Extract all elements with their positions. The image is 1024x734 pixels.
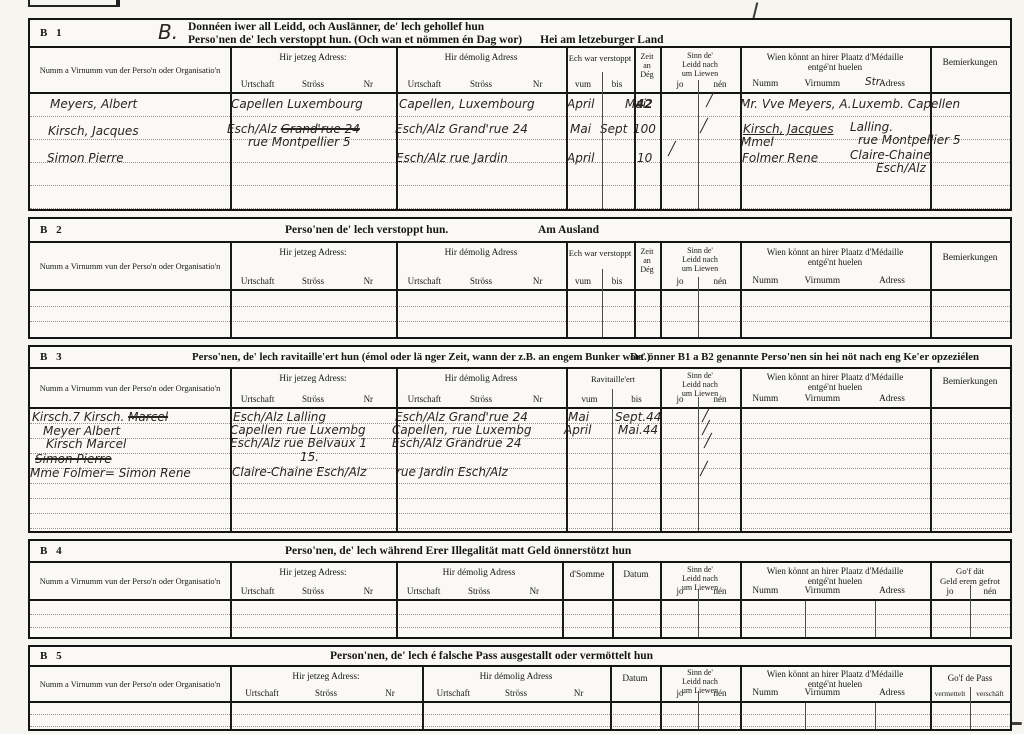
entry-medal-address: Claire-Chaine (850, 149, 931, 161)
section-b1-body: Meyers, Albert Kirsch, Jacques Simon Pie… (30, 94, 1010, 209)
rule-line (30, 703, 1010, 715)
scan-artifact-tick (116, 0, 118, 6)
column-divider (602, 72, 603, 209)
entry-former-address: rue Jardin Esch/Alz (396, 466, 508, 478)
section-b2-table: Numm a Virnumm vun der Perso'n oder Orga… (30, 243, 1010, 337)
column-divider (634, 48, 636, 209)
rule-line (30, 484, 1010, 499)
column-divider (740, 369, 742, 531)
col-current-address-header: Hir jetzeg Adress: UrtschaftStrössNr (230, 563, 396, 599)
column-divider (930, 243, 932, 337)
col-alive-header: Sinn de'Leidd nachum Liewen jonén (660, 243, 740, 289)
column-divider (566, 369, 568, 531)
col-alive-header: Sinn de'Leidd nachum Liewen jonén (660, 369, 740, 407)
section-b5-body (30, 703, 1010, 729)
section-b4-body (30, 601, 1010, 637)
entry-medal-name: Folmer Rene (742, 152, 818, 164)
entry-days: 100 (633, 123, 656, 135)
entry-current-address: Esch/Alz Grand'rue 24 (227, 123, 360, 135)
col-name-header: Numm a Virnumm vun der Perso'n oder Orga… (30, 369, 230, 407)
col-medal-recipient-header: Wien könnt an hirer Plaatz d'Médailleent… (740, 243, 930, 289)
col-remarks-header: Bemierkungen (930, 243, 1010, 289)
col-current-address-header: Hir jetzeg Adress: UrtschaftStrössNr (230, 243, 396, 289)
entry-current-address: Capellen rue Luxembg (230, 424, 366, 436)
col-days-header: ZeitanDég (634, 243, 660, 289)
col-medal-recipient-header: Wien könnt an hirer Plaatz d'Médailleent… (740, 48, 930, 92)
column-divider (970, 585, 971, 637)
section-b2-title-right: Am Ausland (538, 224, 599, 237)
column-divider (805, 703, 806, 729)
section-b5-table: Numm a Virnumm vun der Perso'n oder Orga… (30, 667, 1010, 729)
check-mark-nen: ╱ (700, 464, 708, 476)
section-b3-title2: De' önner B1 a B2 genannte Perso'nen sin… (630, 351, 979, 364)
entry-name-struck: Simon Pierre (35, 453, 112, 465)
section-b4: B 4 Perso'nen, de' lech während Erer Ill… (28, 539, 1012, 639)
column-divider (634, 243, 636, 337)
column-divider (875, 703, 876, 729)
entry-until: Sept (600, 123, 627, 135)
section-b3-body: Kirsch.7 Kirsch. Marcel Meyer Albert Kir… (30, 409, 1010, 531)
section-b1-header: Numm a Virnumm vun der Perso'n oder Orga… (30, 48, 1010, 94)
col-name-header: Numm a Virnumm vun der Perso'n oder Orga… (30, 48, 230, 92)
column-divider (740, 48, 742, 209)
section-b5-title-row: B 5 Person'nen, de' lech é falsche Pass … (30, 647, 1010, 667)
questionnaire-form: B 1 B. Donnéen iwer all Leidd, och Auslä… (28, 18, 1012, 734)
col-current-address-header: Hir jetzeg Adress: UrtschaftStrössNr (230, 667, 422, 701)
rule-line (30, 186, 1010, 209)
rule-line (30, 601, 1010, 615)
column-divider (875, 601, 876, 637)
col-hidden-period-header: Ech war verstoppt vumbis (566, 48, 634, 92)
entry-former-address: Esch/Alz Grand'rue 24 (395, 411, 528, 423)
section-b3-label: B 3 (40, 351, 65, 363)
rule-line (30, 615, 1010, 628)
check-mark-nen: ╱ (706, 95, 714, 107)
entry-from: April (567, 152, 594, 164)
entry-name: Meyer Albert (43, 425, 120, 437)
rule-line (30, 307, 1010, 322)
column-divider (698, 589, 699, 637)
column-divider (422, 667, 424, 729)
entry-medal-name-line2: Mmel (741, 136, 774, 148)
col-date-header: Datum (610, 667, 660, 701)
entry-medal-address: Luxemb. Capellen (852, 98, 960, 110)
col-name-header: Numm a Virnumm vun der Perso'n oder Orga… (30, 667, 230, 701)
col-medal-recipient-header: Wien könnt an hirer Plaatz d'Médailleent… (740, 563, 930, 599)
column-divider (698, 397, 699, 531)
column-divider (396, 243, 398, 337)
entry-former-address: Esch/Alz rue Jardin (396, 152, 508, 164)
section-b2-title: Perso'nen de' lech verstoppt hun. (285, 224, 448, 237)
section-b2-header: Numm a Virnumm vun der Perso'n oder Orga… (30, 243, 1010, 291)
column-divider (562, 563, 564, 637)
column-divider (930, 48, 932, 209)
section-b1-handwritten-letter: B. (158, 20, 178, 44)
col-supplied-period-header: Ravitaille'ert vumbis (566, 369, 660, 407)
section-b3-title-row: B 3 Perso'nen, de' lech ravitaille'ert h… (30, 347, 1010, 369)
column-divider (610, 667, 612, 729)
col-current-address-header: Hir jetzeg Adress: UrtschaftStrössNr (230, 369, 396, 407)
column-divider (740, 563, 742, 637)
handwritten-str-note: Str. (865, 76, 882, 88)
section-b1-title-line2: Perso'nen de' lech verstoppt hun. (Och w… (188, 34, 522, 47)
col-alive-header: Sinn de'Leidd nachum Liewen jonén (660, 667, 740, 701)
entry-name: Meyers, Albert (50, 98, 137, 110)
entry-medal-address-line2: rue Montpellier 5 (858, 134, 961, 146)
column-divider (698, 691, 699, 729)
col-sum-header: d'Somme (562, 563, 612, 599)
entry-former-address: Capellen, Luxembourg (399, 98, 535, 110)
col-name-header: Numm a Virnumm vun der Perso'n oder Orga… (30, 563, 230, 599)
rule-line (30, 163, 1010, 186)
entry-name: Simon Pierre (47, 152, 124, 164)
column-divider (230, 369, 232, 531)
column-divider (660, 48, 662, 209)
col-former-address-header: Hir démolig Adress UrtschaftStrössNr (396, 369, 566, 407)
entry-name: Kirsch Marcel (46, 438, 126, 450)
col-former-address-header: Hir démolig Adress UrtschaftStrössNr (396, 48, 566, 92)
section-b1-title-row: B 1 B. Donnéen iwer all Leidd, och Auslä… (30, 20, 1010, 48)
col-date-header: Datum (612, 563, 660, 599)
section-b3-header: Numm a Virnumm vun der Perso'n oder Orga… (30, 369, 1010, 409)
col-medal-recipient-header: Wien könnt an hirer Plaatz d'Médailleent… (740, 369, 930, 407)
section-b5-header: Numm a Virnumm vun der Perso'n oder Orga… (30, 667, 1010, 703)
column-divider (230, 243, 232, 337)
column-divider (930, 369, 932, 531)
section-b1-label: B 1 (40, 27, 65, 39)
entry-current-address: Claire-Chaine Esch/Alz (232, 466, 366, 478)
column-divider (698, 277, 699, 337)
col-alive-header: Sinn de'Leidd nachum Liewen jonén (660, 48, 740, 92)
column-divider (396, 369, 398, 531)
section-b1-title: Donnéen iwer all Leidd, och Auslänner, d… (188, 21, 664, 47)
col-remarks-header: Bemierkungen (930, 369, 1010, 407)
section-b2-title-row: B 2 Perso'nen de' lech verstoppt hun. Am… (30, 219, 1010, 243)
entry-until: Mai.44 (618, 424, 658, 436)
column-divider (230, 563, 232, 637)
section-b2-label: B 2 (40, 224, 65, 236)
entry-medal-address-line2: Esch/Alz (876, 162, 926, 174)
column-divider (805, 601, 806, 637)
entry-former-address: Esch/Alz Grand'rue 24 (395, 123, 528, 135)
entry-former-address: Capellen, rue Luxembg (392, 424, 531, 436)
column-divider (230, 48, 232, 209)
rule-line (30, 291, 1010, 307)
rule-line (30, 715, 1010, 727)
column-divider (930, 563, 932, 637)
check-mark-nen: ╱ (704, 436, 712, 448)
entry-medal-name: Mr. Vve Meyers, A. (740, 98, 852, 110)
check-mark-jo: ╱ (668, 144, 676, 156)
column-divider (396, 48, 398, 209)
scan-artifact-box (28, 0, 120, 7)
entry-medal-name: Kirsch, Jacques (743, 123, 834, 135)
column-divider (602, 269, 603, 337)
section-b2: B 2 Perso'nen de' lech verstoppt hun. Am… (28, 217, 1012, 339)
section-b1-table: Numm a Virnumm vun der Perso'n oder Orga… (30, 48, 1010, 209)
check-mark-nen: ╱ (700, 121, 708, 133)
entry-days: 10 (637, 152, 652, 164)
entry-name: Kirsch, Jacques (48, 125, 139, 137)
column-divider (660, 369, 662, 531)
section-b4-label: B 4 (40, 545, 65, 557)
col-current-address-header: Hir jetzeg Adress: UrtschaftStrössNr (230, 48, 396, 92)
col-former-address-header: Hir démolig Adress UrtschaftStrössNr (422, 667, 610, 701)
section-b4-table: Numm a Virnumm vun der Perso'n oder Orga… (30, 563, 1010, 637)
scanned-form-page: B 1 B. Donnéen iwer all Leidd, och Auslä… (0, 0, 1024, 734)
entry-current-address: Esch/Alz rue Belvaux 1 (230, 437, 367, 449)
section-b1: B 1 B. Donnéen iwer all Leidd, och Auslä… (28, 18, 1012, 211)
entry-former-address: Esch/Alz Grandrue 24 (392, 437, 522, 449)
entry-current-address-line2: 15. (300, 451, 319, 463)
section-b5: B 5 Person'nen, de' lech é falsche Pass … (28, 645, 1012, 731)
column-divider (660, 563, 662, 637)
entry-from: Mai (568, 411, 589, 423)
column-divider (740, 243, 742, 337)
section-b3-table: Numm a Virnumm vun der Perso'n oder Orga… (30, 369, 1010, 531)
column-divider (740, 667, 742, 729)
column-divider (612, 389, 613, 531)
col-remarks-header: Bemierkungen (930, 48, 1010, 92)
section-b2-body (30, 291, 1010, 337)
entry-current-address-line2: rue Montpellier 5 (248, 136, 351, 148)
entry-from: April (564, 424, 591, 436)
section-b4-header: Numm a Virnumm vun der Perso'n oder Orga… (30, 563, 1010, 601)
column-divider (230, 667, 232, 729)
column-divider (396, 563, 398, 637)
entry-from: Mai (570, 123, 591, 135)
section-b5-label: B 5 (40, 650, 65, 662)
section-b4-title-row: B 4 Perso'nen, de' lech während Erer Ill… (30, 541, 1010, 563)
section-b1-title-line1: Donnéen iwer all Leidd, och Auslänner, d… (188, 21, 664, 34)
col-medal-recipient-header: Wien könnt an hirer Plaatz d'Médailleent… (740, 667, 930, 701)
rule-line (30, 499, 1010, 514)
col-former-address-header: Hir démolig Adress UrtschaftStrössNr (396, 243, 566, 289)
column-divider (660, 243, 662, 337)
entry-from: April (567, 98, 594, 110)
section-b5-title: Person'nen, de' lech é falsche Pass ausg… (330, 650, 653, 663)
column-divider (612, 563, 614, 637)
entry-days: 42 (636, 98, 653, 110)
column-divider (698, 80, 699, 209)
col-days-header: ZeitanDég (634, 48, 660, 92)
section-b3-title: Perso'nen, de' lech ravitaille'ert hun (… (192, 351, 650, 364)
column-divider (930, 667, 932, 729)
column-divider (566, 243, 568, 337)
entry-until: Sept.44 (615, 411, 661, 423)
col-name-header: Numm a Virnumm vun der Perso'n oder Orga… (30, 243, 230, 289)
section-b1-title-right: Hei am letzeburger Land (540, 34, 663, 47)
entry-current-address: Capellen Luxembourg (231, 98, 363, 110)
column-divider (970, 687, 971, 729)
rule-line (30, 514, 1010, 529)
entry-medal-address: Lalling. (850, 121, 893, 133)
entry-name: Mme Folmer= Simon Rene (30, 467, 191, 479)
entry-name: Kirsch.7 Kirsch. Marcel (32, 411, 168, 423)
section-b3: B 3 Perso'nen, de' lech ravitaille'ert h… (28, 345, 1012, 533)
col-alive-header: Sinn de'Leidd nachum Liewen jonén (660, 563, 740, 599)
entry-current-address: Esch/Alz Lalling (233, 411, 326, 423)
column-divider (660, 667, 662, 729)
col-former-address-header: Hir démolig Adress UrtschaftStrössNr (396, 563, 562, 599)
section-b4-title: Perso'nen, de' lech während Erer Illegal… (285, 545, 631, 558)
col-hidden-period-header: Ech war verstoppt vumbis (566, 243, 634, 289)
column-divider (566, 48, 568, 209)
